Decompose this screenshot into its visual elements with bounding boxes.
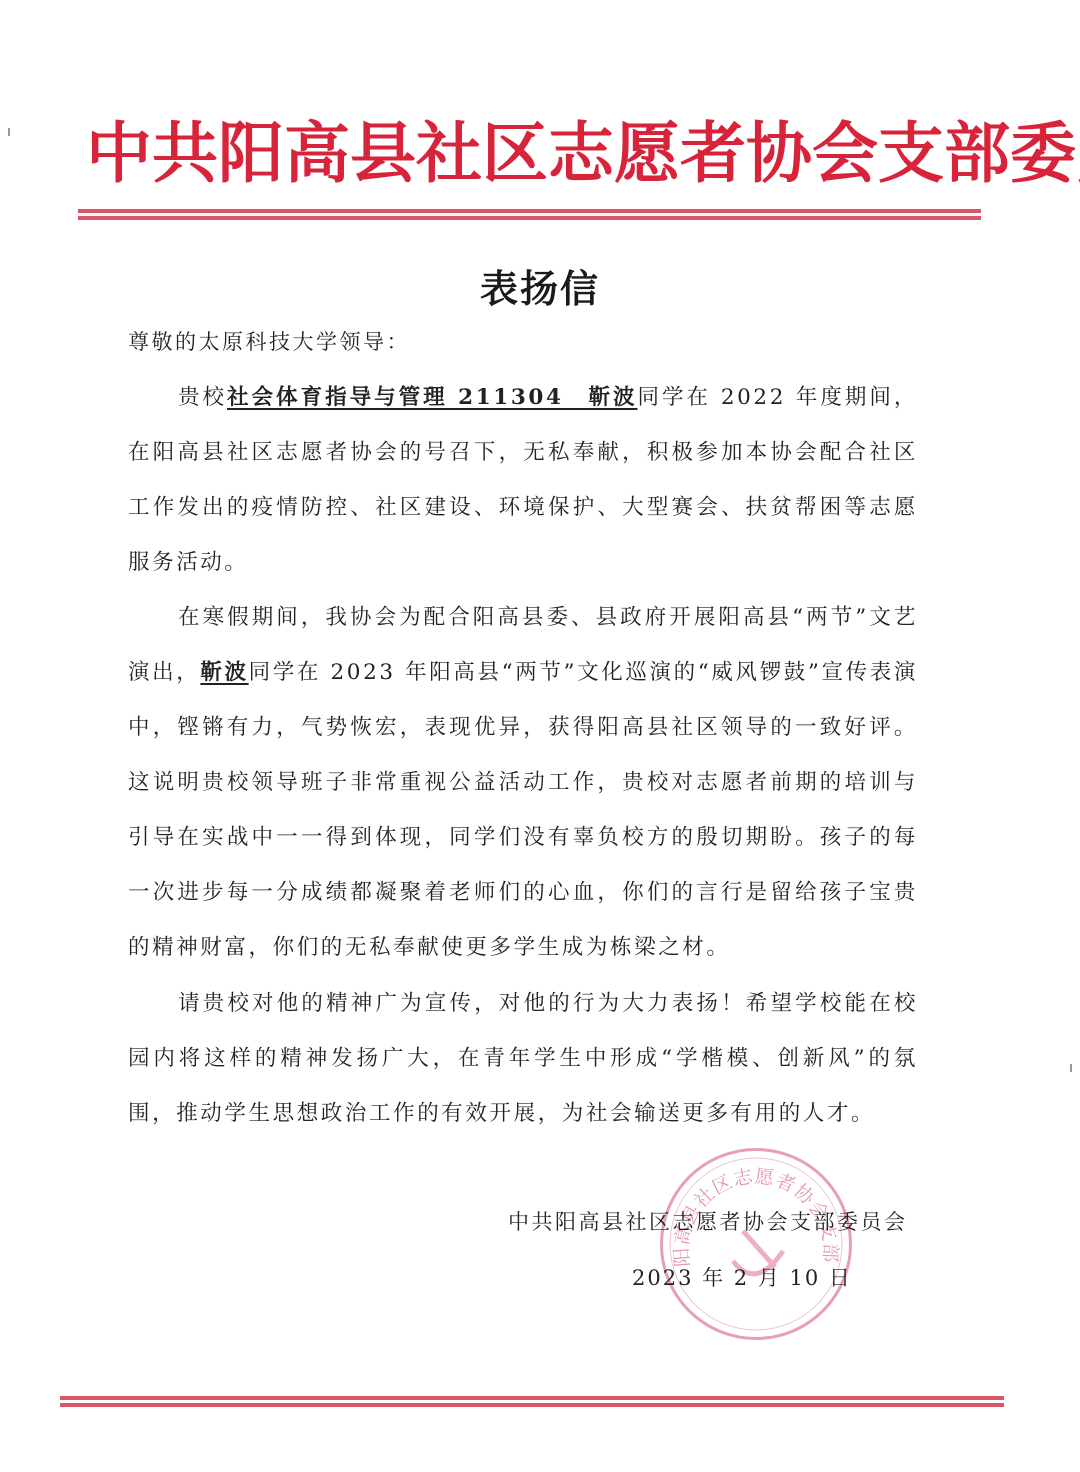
official-seal-stamp: 阳高县社区志愿者协会支部委员会 <box>660 1148 852 1340</box>
signature-date: 2023 年 2 月 10 日 <box>632 1262 852 1292</box>
footer-divider <box>60 1396 1004 1408</box>
letterhead-organization: 中共阳高县社区志愿者协会支部委员会 <box>86 108 986 198</box>
student-info-underlined: 社会体育指导与管理 211304 靳波 <box>227 385 637 410</box>
paragraph-2: 在寒假期间，我协会为配合阳高县委、县政府开展阳高县“两节”文艺演出，靳波同学在 … <box>128 590 918 975</box>
student-name-underlined: 靳波 <box>200 660 248 685</box>
paragraph-1-prefix: 贵校 <box>178 385 227 410</box>
letterhead-divider <box>78 209 981 221</box>
document-title: 表扬信 <box>0 258 1080 313</box>
paragraph-1-text: 同学在 2022 年度期间，在阳高县社区志愿者协会的号召下，无私奉献，积极参加本… <box>128 385 918 575</box>
paragraph-3: 请贵校对他的精神广为宣传，对他的行为大力表扬！希望学校能在校园内将这样的精神发扬… <box>128 976 918 1141</box>
paragraph-1: 贵校社会体育指导与管理 211304 靳波同学在 2022 年度期间，在阳高县社… <box>128 370 918 590</box>
seal-emblem-icon: 阳高县社区志愿者协会支部委员会 <box>663 1151 849 1337</box>
paragraph-2-text: 同学在 2023 年阳高县“两节”文化巡演的“威风锣鼓”宣传表演中，铿锵有力，气… <box>128 660 918 960</box>
scan-mark <box>8 128 10 136</box>
scan-mark <box>1070 1064 1072 1072</box>
salutation: 尊敬的太原科技大学领导： <box>128 326 410 356</box>
signature-organization: 中共阳高县社区志愿者协会支部委员会 <box>508 1206 908 1236</box>
